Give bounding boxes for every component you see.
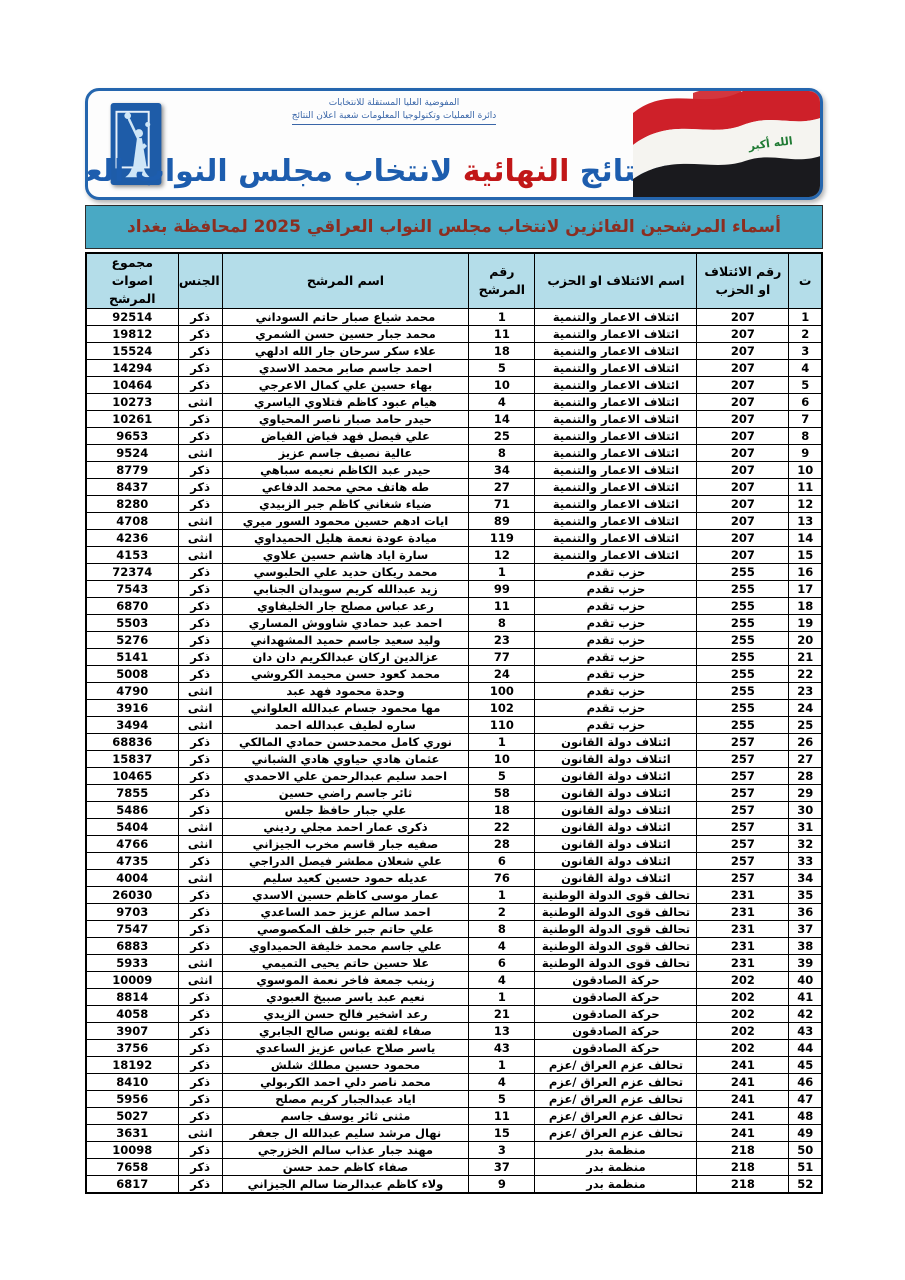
candidate-number-cell: 100 xyxy=(469,683,535,700)
gender-cell: ذكر xyxy=(178,921,222,938)
party-name-cell: ائتلاف دولة القانون xyxy=(535,802,697,819)
candidate-name-cell: صفاء كاظم حمد حسن xyxy=(222,1159,469,1176)
party-number-cell: 255 xyxy=(697,564,789,581)
candidate-number-cell: 119 xyxy=(469,530,535,547)
table-row: 39231تحالف قوى الدولة الوطنية6علا حسين ح… xyxy=(86,955,822,972)
party-name-cell: حركة الصادقون xyxy=(535,1040,697,1057)
candidate-number-cell: 110 xyxy=(469,717,535,734)
table-row: 35231تحالف قوى الدولة الوطنية1عمار موسى … xyxy=(86,887,822,904)
header-party-number: رقم الائتلاف او الحزب xyxy=(697,253,789,309)
seq-cell: 6 xyxy=(789,394,822,411)
votes-cell: 8410 xyxy=(86,1074,178,1091)
table-row: 1207ائتلاف الاعمار والتنمية1محمد شياع صب… xyxy=(86,309,822,326)
candidate-number-cell: 99 xyxy=(469,581,535,598)
table-row: 45241تحالف عزم العراق /عزم1محمود حسين مط… xyxy=(86,1057,822,1074)
candidate-name-cell: عثمان هادي حياوي هادي الشباني xyxy=(222,751,469,768)
candidate-name-cell: ميادة عودة نعمة هليل الحميداوي xyxy=(222,530,469,547)
candidate-name-cell: صفاء لفته يونس صالح الجابري xyxy=(222,1023,469,1040)
table-row: 27257ائتلاف دولة القانون10عثمان هادي حيا… xyxy=(86,751,822,768)
party-name-cell: تحالف عزم العراق /عزم xyxy=(535,1108,697,1125)
gender-cell: ذكر xyxy=(178,1091,222,1108)
table-row: 20255حزب تقدم23وليد سعيد جاسم حميد المشه… xyxy=(86,632,822,649)
candidate-name-cell: احمد سليم عبدالرحمن علي الاحمدي xyxy=(222,768,469,785)
party-name-cell: حزب تقدم xyxy=(535,717,697,734)
seq-cell: 42 xyxy=(789,1006,822,1023)
candidate-name-cell: ايات ادهم حسين محمود السور ميري xyxy=(222,513,469,530)
table-row: 43202حركة الصادقون13صفاء لفته يونس صالح … xyxy=(86,1023,822,1040)
candidate-number-cell: 1 xyxy=(469,564,535,581)
votes-cell: 4735 xyxy=(86,853,178,870)
table-row: 52218منظمة بدر9ولاء كاظم عبدالرضا سالم ا… xyxy=(86,1176,822,1194)
seq-cell: 7 xyxy=(789,411,822,428)
votes-cell: 15524 xyxy=(86,343,178,360)
candidate-name-cell: حيدر حامد صبار ناصر المحياوي xyxy=(222,411,469,428)
party-number-cell: 231 xyxy=(697,887,789,904)
candidate-number-cell: 1 xyxy=(469,1057,535,1074)
votes-cell: 3907 xyxy=(86,1023,178,1040)
table-row: 48241تحالف عزم العراق /عزم11مثنى ثائر يو… xyxy=(86,1108,822,1125)
candidate-number-cell: 25 xyxy=(469,428,535,445)
gender-cell: ذكر xyxy=(178,751,222,768)
candidate-number-cell: 43 xyxy=(469,1040,535,1057)
candidate-name-cell: حيدر عبد الكاظم نعيمه سباهي xyxy=(222,462,469,479)
party-number-cell: 257 xyxy=(697,853,789,870)
votes-cell: 5486 xyxy=(86,802,178,819)
seq-cell: 1 xyxy=(789,309,822,326)
votes-cell: 5276 xyxy=(86,632,178,649)
votes-cell: 7658 xyxy=(86,1159,178,1176)
seq-cell: 26 xyxy=(789,734,822,751)
party-name-cell: منظمة بدر xyxy=(535,1142,697,1159)
candidate-number-cell: 12 xyxy=(469,547,535,564)
seq-cell: 38 xyxy=(789,938,822,955)
votes-cell: 9524 xyxy=(86,445,178,462)
candidate-name-cell: صفيه جبار قاسم مخرب الجيزاني xyxy=(222,836,469,853)
header-row: ت رقم الائتلاف او الحزب اسم الائتلاف او … xyxy=(86,253,822,309)
seq-cell: 44 xyxy=(789,1040,822,1057)
gender-cell: ذكر xyxy=(178,1057,222,1074)
table-row: 18255حزب تقدم11رعد عباس مصلح جار الخليفا… xyxy=(86,598,822,615)
votes-cell: 4153 xyxy=(86,547,178,564)
party-number-cell: 202 xyxy=(697,1040,789,1057)
gender-cell: ذكر xyxy=(178,649,222,666)
gender-cell: ذكر xyxy=(178,632,222,649)
seq-cell: 25 xyxy=(789,717,822,734)
table-row: 26257ائتلاف دولة القانون1نوري كامل محمدح… xyxy=(86,734,822,751)
party-number-cell: 207 xyxy=(697,411,789,428)
party-number-cell: 207 xyxy=(697,513,789,530)
party-name-cell: حركة الصادقون xyxy=(535,1023,697,1040)
party-name-cell: ائتلاف الاعمار والتنمية xyxy=(535,513,697,530)
gender-cell: انثى xyxy=(178,836,222,853)
votes-cell: 7543 xyxy=(86,581,178,598)
seq-cell: 30 xyxy=(789,802,822,819)
votes-cell: 10261 xyxy=(86,411,178,428)
candidate-name-cell: ساره لطيف عبدالله احمد xyxy=(222,717,469,734)
party-number-cell: 202 xyxy=(697,972,789,989)
gender-cell: ذكر xyxy=(178,853,222,870)
candidate-number-cell: 1 xyxy=(469,309,535,326)
votes-cell: 14294 xyxy=(86,360,178,377)
seq-cell: 32 xyxy=(789,836,822,853)
party-name-cell: تحالف قوى الدولة الوطنية xyxy=(535,938,697,955)
votes-cell: 5404 xyxy=(86,819,178,836)
table-row: 34257ائتلاف دولة القانون76عديله حمود حسي… xyxy=(86,870,822,887)
candidate-name-cell: محمد جبار حسين حسن الشمري xyxy=(222,326,469,343)
gender-cell: ذكر xyxy=(178,564,222,581)
gender-cell: ذكر xyxy=(178,1023,222,1040)
candidate-number-cell: 21 xyxy=(469,1006,535,1023)
candidate-number-cell: 8 xyxy=(469,921,535,938)
party-number-cell: 207 xyxy=(697,428,789,445)
gender-cell: ذكر xyxy=(178,1142,222,1159)
candidate-name-cell: وليد سعيد جاسم حميد المشهداني xyxy=(222,632,469,649)
party-name-cell: ائتلاف الاعمار والتنمية xyxy=(535,496,697,513)
seq-cell: 47 xyxy=(789,1091,822,1108)
candidate-number-cell: 4 xyxy=(469,972,535,989)
header-party-name: اسم الائتلاف او الحزب xyxy=(535,253,697,309)
seq-cell: 49 xyxy=(789,1125,822,1142)
candidate-number-cell: 89 xyxy=(469,513,535,530)
gender-cell: ذكر xyxy=(178,496,222,513)
party-number-cell: 218 xyxy=(697,1176,789,1194)
table-row: 37231تحالف قوى الدولة الوطنية8علي حاتم ج… xyxy=(86,921,822,938)
party-name-cell: ائتلاف دولة القانون xyxy=(535,734,697,751)
votes-cell: 3916 xyxy=(86,700,178,717)
commission-department: دائرة العمليات وتكنولوجيا المعلومات شعبة… xyxy=(292,110,497,125)
votes-cell: 72374 xyxy=(86,564,178,581)
commission-name: المفوضية العليا المستقلة للانتخابات xyxy=(88,97,700,110)
votes-cell: 5027 xyxy=(86,1108,178,1125)
candidate-number-cell: 1 xyxy=(469,887,535,904)
votes-cell: 10465 xyxy=(86,768,178,785)
party-name-cell: تحالف عزم العراق /عزم xyxy=(535,1091,697,1108)
candidate-name-cell: مهند جبار عذاب سالم الخزرجي xyxy=(222,1142,469,1159)
party-number-cell: 207 xyxy=(697,360,789,377)
party-name-cell: ائتلاف الاعمار والتنمية xyxy=(535,411,697,428)
candidate-number-cell: 11 xyxy=(469,598,535,615)
party-number-cell: 257 xyxy=(697,734,789,751)
table-row: 10207ائتلاف الاعمار والتنمية34حيدر عبد ا… xyxy=(86,462,822,479)
party-name-cell: حركة الصادقون xyxy=(535,972,697,989)
header-votes: مجموع اصوات المرشح xyxy=(86,253,178,309)
gender-cell: ذكر xyxy=(178,1074,222,1091)
party-number-cell: 207 xyxy=(697,530,789,547)
votes-cell: 10098 xyxy=(86,1142,178,1159)
party-number-cell: 207 xyxy=(697,462,789,479)
party-name-cell: تحالف عزم العراق /عزم xyxy=(535,1057,697,1074)
party-name-cell: تحالف قوى الدولة الوطنية xyxy=(535,955,697,972)
party-name-cell: ائتلاف دولة القانون xyxy=(535,785,697,802)
votes-cell: 10009 xyxy=(86,972,178,989)
seq-cell: 41 xyxy=(789,989,822,1006)
seq-cell: 11 xyxy=(789,479,822,496)
gender-cell: انثى xyxy=(178,394,222,411)
candidate-number-cell: 18 xyxy=(469,802,535,819)
votes-cell: 3494 xyxy=(86,717,178,734)
candidate-number-cell: 37 xyxy=(469,1159,535,1176)
results-table-body: 1207ائتلاف الاعمار والتنمية1محمد شياع صب… xyxy=(86,309,822,1194)
gender-cell: ذكر xyxy=(178,1159,222,1176)
header-banner: المفوضية العليا المستقلة للانتخابات دائر… xyxy=(85,88,823,200)
party-number-cell: 257 xyxy=(697,768,789,785)
table-row: 12207ائتلاف الاعمار والتنمية71ضياء شغاني… xyxy=(86,496,822,513)
table-row: 5207ائتلاف الاعمار والتنمية10بهاء حسين ع… xyxy=(86,377,822,394)
table-row: 29257ائتلاف دولة القانون58ثائر جاسم راضي… xyxy=(86,785,822,802)
candidate-number-cell: 13 xyxy=(469,1023,535,1040)
gender-cell: ذكر xyxy=(178,666,222,683)
candidate-number-cell: 4 xyxy=(469,394,535,411)
votes-cell: 4766 xyxy=(86,836,178,853)
table-row: 46241تحالف عزم العراق /عزم4محمد ناصر دلي… xyxy=(86,1074,822,1091)
seq-cell: 5 xyxy=(789,377,822,394)
party-number-cell: 255 xyxy=(697,649,789,666)
gender-cell: ذكر xyxy=(178,309,222,326)
party-name-cell: ائتلاف الاعمار والتنمية xyxy=(535,326,697,343)
party-name-cell: حزب تقدم xyxy=(535,564,697,581)
candidate-number-cell: 8 xyxy=(469,445,535,462)
party-name-cell: ائتلاف الاعمار والتنمية xyxy=(535,309,697,326)
candidate-name-cell: سارة اياد هاشم حسين علاوي xyxy=(222,547,469,564)
party-name-cell: حزب تقدم xyxy=(535,666,697,683)
party-name-cell: تحالف قوى الدولة الوطنية xyxy=(535,921,697,938)
party-name-cell: ائتلاف الاعمار والتنمية xyxy=(535,360,697,377)
party-name-cell: ائتلاف دولة القانون xyxy=(535,836,697,853)
candidate-name-cell: ولاء كاظم عبدالرضا سالم الجيزاني xyxy=(222,1176,469,1194)
seq-cell: 27 xyxy=(789,751,822,768)
table-row: 47241تحالف عزم العراق /عزم5اياد عبدالجبا… xyxy=(86,1091,822,1108)
votes-cell: 6817 xyxy=(86,1176,178,1194)
candidate-number-cell: 76 xyxy=(469,870,535,887)
party-name-cell: ائتلاف الاعمار والتنمية xyxy=(535,479,697,496)
candidate-name-cell: عمار موسى كاظم حسين الاسدي xyxy=(222,887,469,904)
seq-cell: 48 xyxy=(789,1108,822,1125)
table-row: 21255حزب تقدم77عزالدين اركان عبدالكريم د… xyxy=(86,649,822,666)
candidate-name-cell: ياسر صلاح عباس عزيز الساعدي xyxy=(222,1040,469,1057)
party-number-cell: 207 xyxy=(697,547,789,564)
seq-cell: 19 xyxy=(789,615,822,632)
document-page: المفوضية العليا المستقلة للانتخابات دائر… xyxy=(0,0,905,1280)
votes-cell: 3631 xyxy=(86,1125,178,1142)
banner-title: النتائج النهائية لانتخاب مجلس النواب الع… xyxy=(148,154,670,189)
party-name-cell: حزب تقدم xyxy=(535,700,697,717)
seq-cell: 50 xyxy=(789,1142,822,1159)
votes-cell: 18192 xyxy=(86,1057,178,1074)
candidate-number-cell: 9 xyxy=(469,1176,535,1194)
votes-cell: 4004 xyxy=(86,870,178,887)
votes-cell: 5956 xyxy=(86,1091,178,1108)
party-number-cell: 255 xyxy=(697,717,789,734)
votes-cell: 8437 xyxy=(86,479,178,496)
votes-cell: 5008 xyxy=(86,666,178,683)
candidate-name-cell: علي شعلان مطشر فيصل الدراجي xyxy=(222,853,469,870)
candidate-number-cell: 102 xyxy=(469,700,535,717)
votes-cell: 4790 xyxy=(86,683,178,700)
party-number-cell: 207 xyxy=(697,343,789,360)
candidate-number-cell: 71 xyxy=(469,496,535,513)
party-name-cell: تحالف عزم العراق /عزم xyxy=(535,1125,697,1142)
party-name-cell: ائتلاف دولة القانون xyxy=(535,751,697,768)
gender-cell: ذكر xyxy=(178,479,222,496)
party-number-cell: 241 xyxy=(697,1057,789,1074)
gender-cell: ذكر xyxy=(178,989,222,1006)
table-row: 17255حزب تقدم99زيد عبدالله كريم سويدان ا… xyxy=(86,581,822,598)
candidate-number-cell: 1 xyxy=(469,989,535,1006)
candidate-name-cell: علي حاتم جبر خلف المكصوصي xyxy=(222,921,469,938)
table-row: 3207ائتلاف الاعمار والتنمية18علاء سكر سر… xyxy=(86,343,822,360)
gender-cell: ذكر xyxy=(178,904,222,921)
votes-cell: 4708 xyxy=(86,513,178,530)
candidate-number-cell: 18 xyxy=(469,343,535,360)
party-name-cell: حزب تقدم xyxy=(535,632,697,649)
candidate-number-cell: 15 xyxy=(469,1125,535,1142)
party-number-cell: 255 xyxy=(697,666,789,683)
table-row: 7207ائتلاف الاعمار والتنمية14حيدر حامد ص… xyxy=(86,411,822,428)
table-row: 9207ائتلاف الاعمار والتنمية8عالية نصيف ج… xyxy=(86,445,822,462)
party-number-cell: 218 xyxy=(697,1159,789,1176)
seq-cell: 3 xyxy=(789,343,822,360)
gender-cell: ذكر xyxy=(178,428,222,445)
table-row: 16255حزب تقدم1محمد ريكان حديد علي الحلبو… xyxy=(86,564,822,581)
candidate-number-cell: 27 xyxy=(469,479,535,496)
party-number-cell: 255 xyxy=(697,700,789,717)
candidate-name-cell: طه هاتف محي محمد الدفاعي xyxy=(222,479,469,496)
candidate-name-cell: احمد سالم عزيز حمد الساعدي xyxy=(222,904,469,921)
party-number-cell: 255 xyxy=(697,615,789,632)
candidate-number-cell: 6 xyxy=(469,853,535,870)
table-row: 33257ائتلاف دولة القانون6علي شعلان مطشر … xyxy=(86,853,822,870)
votes-cell: 8280 xyxy=(86,496,178,513)
candidate-name-cell: عالية نصيف جاسم عزيز xyxy=(222,445,469,462)
candidate-name-cell: علي جبار حافظ جلس xyxy=(222,802,469,819)
votes-cell: 19812 xyxy=(86,326,178,343)
seq-cell: 12 xyxy=(789,496,822,513)
party-number-cell: 207 xyxy=(697,394,789,411)
gender-cell: انثى xyxy=(178,445,222,462)
party-number-cell: 257 xyxy=(697,802,789,819)
party-name-cell: ائتلاف الاعمار والتنمية xyxy=(535,445,697,462)
title-part-final: النهائية xyxy=(463,154,570,189)
party-name-cell: ائتلاف دولة القانون xyxy=(535,853,697,870)
party-number-cell: 255 xyxy=(697,581,789,598)
gender-cell: ذكر xyxy=(178,377,222,394)
candidate-number-cell: 28 xyxy=(469,836,535,853)
party-name-cell: ائتلاف الاعمار والتنمية xyxy=(535,530,697,547)
table-row: 30257ائتلاف دولة القانون18علي جبار حافظ … xyxy=(86,802,822,819)
seq-cell: 10 xyxy=(789,462,822,479)
party-name-cell: تحالف قوى الدولة الوطنية xyxy=(535,904,697,921)
votes-cell: 9653 xyxy=(86,428,178,445)
table-row: 19255حزب تقدم8احمد عبد حمادي شاووش المسا… xyxy=(86,615,822,632)
gender-cell: ذكر xyxy=(178,1040,222,1057)
seq-cell: 16 xyxy=(789,564,822,581)
votes-cell: 26030 xyxy=(86,887,178,904)
party-name-cell: ائتلاف الاعمار والتنمية xyxy=(535,377,697,394)
table-row: 8207ائتلاف الاعمار والتنمية25علي فيصل فه… xyxy=(86,428,822,445)
party-name-cell: منظمة بدر xyxy=(535,1159,697,1176)
party-number-cell: 231 xyxy=(697,938,789,955)
party-name-cell: ائتلاف الاعمار والتنمية xyxy=(535,462,697,479)
party-name-cell: حركة الصادقون xyxy=(535,989,697,1006)
gender-cell: ذكر xyxy=(178,785,222,802)
gender-cell: انثى xyxy=(178,819,222,836)
candidate-name-cell: علي فيصل فهد فياض الفياض xyxy=(222,428,469,445)
candidate-name-cell: محمد كعود حسن محيمد الكروشي xyxy=(222,666,469,683)
iraq-flag-icon: الله أكبر xyxy=(633,88,823,200)
gender-cell: ذكر xyxy=(178,1176,222,1194)
candidate-name-cell: نعيم عبد ياسر صبيخ العبودي xyxy=(222,989,469,1006)
candidate-name-cell: عزالدين اركان عبدالكريم دان دان xyxy=(222,649,469,666)
candidate-number-cell: 22 xyxy=(469,819,535,836)
candidate-name-cell: ضياء شغاني كاظم جبر الزبيدي xyxy=(222,496,469,513)
party-number-cell: 207 xyxy=(697,496,789,513)
table-row: 15207ائتلاف الاعمار والتنمية12سارة اياد … xyxy=(86,547,822,564)
gender-cell: ذكر xyxy=(178,938,222,955)
candidate-name-cell: ذكرى عمار احمد مجلي رديني xyxy=(222,819,469,836)
gender-cell: ذكر xyxy=(178,326,222,343)
votes-cell: 10464 xyxy=(86,377,178,394)
party-name-cell: حزب تقدم xyxy=(535,598,697,615)
candidate-number-cell: 3 xyxy=(469,1142,535,1159)
candidate-name-cell: زينب جمعة فاخر نعمة الموسوي xyxy=(222,972,469,989)
party-number-cell: 257 xyxy=(697,870,789,887)
seq-cell: 51 xyxy=(789,1159,822,1176)
seq-cell: 21 xyxy=(789,649,822,666)
votes-cell: 5933 xyxy=(86,955,178,972)
table-row: 36231تحالف قوى الدولة الوطنية2احمد سالم … xyxy=(86,904,822,921)
gender-cell: ذكر xyxy=(178,734,222,751)
candidate-number-cell: 4 xyxy=(469,938,535,955)
candidate-number-cell: 1 xyxy=(469,734,535,751)
party-number-cell: 202 xyxy=(697,1006,789,1023)
votes-cell: 8779 xyxy=(86,462,178,479)
party-name-cell: حزب تقدم xyxy=(535,649,697,666)
table-row: 31257ائتلاف دولة القانون22ذكرى عمار احمد… xyxy=(86,819,822,836)
seq-cell: 23 xyxy=(789,683,822,700)
party-name-cell: حركة الصادقون xyxy=(535,1006,697,1023)
results-table-header: ت رقم الائتلاف او الحزب اسم الائتلاف او … xyxy=(86,253,822,309)
seq-cell: 15 xyxy=(789,547,822,564)
candidate-number-cell: 77 xyxy=(469,649,535,666)
candidate-number-cell: 10 xyxy=(469,751,535,768)
candidate-number-cell: 5 xyxy=(469,360,535,377)
seq-cell: 36 xyxy=(789,904,822,921)
candidate-name-cell: نوري كامل محمدحسن حمادي المالكي xyxy=(222,734,469,751)
seq-cell: 39 xyxy=(789,955,822,972)
party-name-cell: ائتلاف دولة القانون xyxy=(535,768,697,785)
candidate-name-cell: مها محمود جسام عبدالله العلواني xyxy=(222,700,469,717)
candidate-name-cell: نهال مرشد سليم عبدالله ال جعفر xyxy=(222,1125,469,1142)
seq-cell: 43 xyxy=(789,1023,822,1040)
party-number-cell: 207 xyxy=(697,377,789,394)
table-row: 41202حركة الصادقون1نعيم عبد ياسر صبيخ ال… xyxy=(86,989,822,1006)
votes-cell: 7547 xyxy=(86,921,178,938)
candidate-name-cell: علاء سكر سرحان جار الله ادلهي xyxy=(222,343,469,360)
party-number-cell: 255 xyxy=(697,632,789,649)
seq-cell: 8 xyxy=(789,428,822,445)
seq-cell: 45 xyxy=(789,1057,822,1074)
party-number-cell: 255 xyxy=(697,683,789,700)
party-number-cell: 207 xyxy=(697,326,789,343)
table-row: 32257ائتلاف دولة القانون28صفيه جبار قاسم… xyxy=(86,836,822,853)
candidate-name-cell: احمد جاسم صابر محمد الاسدي xyxy=(222,360,469,377)
party-number-cell: 207 xyxy=(697,445,789,462)
votes-cell: 4058 xyxy=(86,1006,178,1023)
candidate-number-cell: 2 xyxy=(469,904,535,921)
seq-cell: 9 xyxy=(789,445,822,462)
party-name-cell: ائتلاف دولة القانون xyxy=(535,819,697,836)
candidate-number-cell: 11 xyxy=(469,1108,535,1125)
